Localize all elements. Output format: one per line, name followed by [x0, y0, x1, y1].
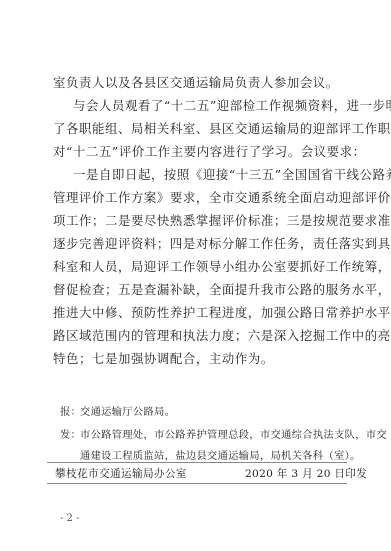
body-line: 路区域范围内的管理和执法力度；六是深入挖掘工作中的亮点和: [53, 329, 353, 343]
report-recipients: 交通运输厅公路局。: [80, 407, 175, 419]
issue-date: 2020 年 3 月 20 日印发: [245, 466, 367, 481]
document-page: 室负责人以及各县区交通运输局负责人参加会议。 与会人员观看了“十二五”迎部检工作…: [0, 0, 391, 551]
footer-top-rule: [47, 462, 347, 463]
body-line: 特色；七是加强协调配合，主动作为。: [53, 352, 353, 366]
body-line: 项工作；二是要尽快熟悉掌握评价标准；三是按规范要求准备并: [53, 214, 353, 228]
body-line: 管理评价工作方案》要求，全市交通系统全面启动迎部评价的各: [53, 191, 353, 205]
body-line: 了各职能组、局相关科室、县区交通运输局的迎部评工作职责，: [53, 122, 353, 136]
issuing-office: 攀枝花市交通运输局办公室: [55, 466, 187, 481]
body-line: 推进大中修、预防性养护工程进度，加强公路日常养护水平和公: [53, 306, 353, 320]
body-paragraph-start: 一是自即日起，按照《迎接“十三五”全国国省干线公路养护: [73, 168, 373, 182]
body-paragraph-start: 与会人员观看了“十二五”迎部检工作视频资料，进一步明确: [73, 99, 373, 113]
send-label: 发：: [60, 430, 81, 442]
body-line: 督促检查；五是查漏补缺，全面提升我市公路的服务水平，积极: [53, 283, 353, 297]
report-label: 报：: [60, 407, 81, 419]
send-recipients-line1: 市公路管理处，市公路养护管理总段，市交通综合执法支队，市交: [80, 430, 387, 442]
page-number: - 2 -: [60, 513, 79, 524]
body-line: 室负责人以及各县区交通运输局负责人参加会议。: [53, 76, 353, 90]
footer-bottom-rule: [47, 483, 347, 484]
body-line: 逐步完善迎评资料；四是对标分解工作任务，责任落实到具体的: [53, 237, 353, 251]
body-line: 科室和人员，局迎评工作领导小组办公室要抓好工作统筹，抓好: [53, 260, 353, 274]
body-line: 对“十二五”评价工作主要内容进行了学习。会议要求：: [53, 145, 353, 159]
